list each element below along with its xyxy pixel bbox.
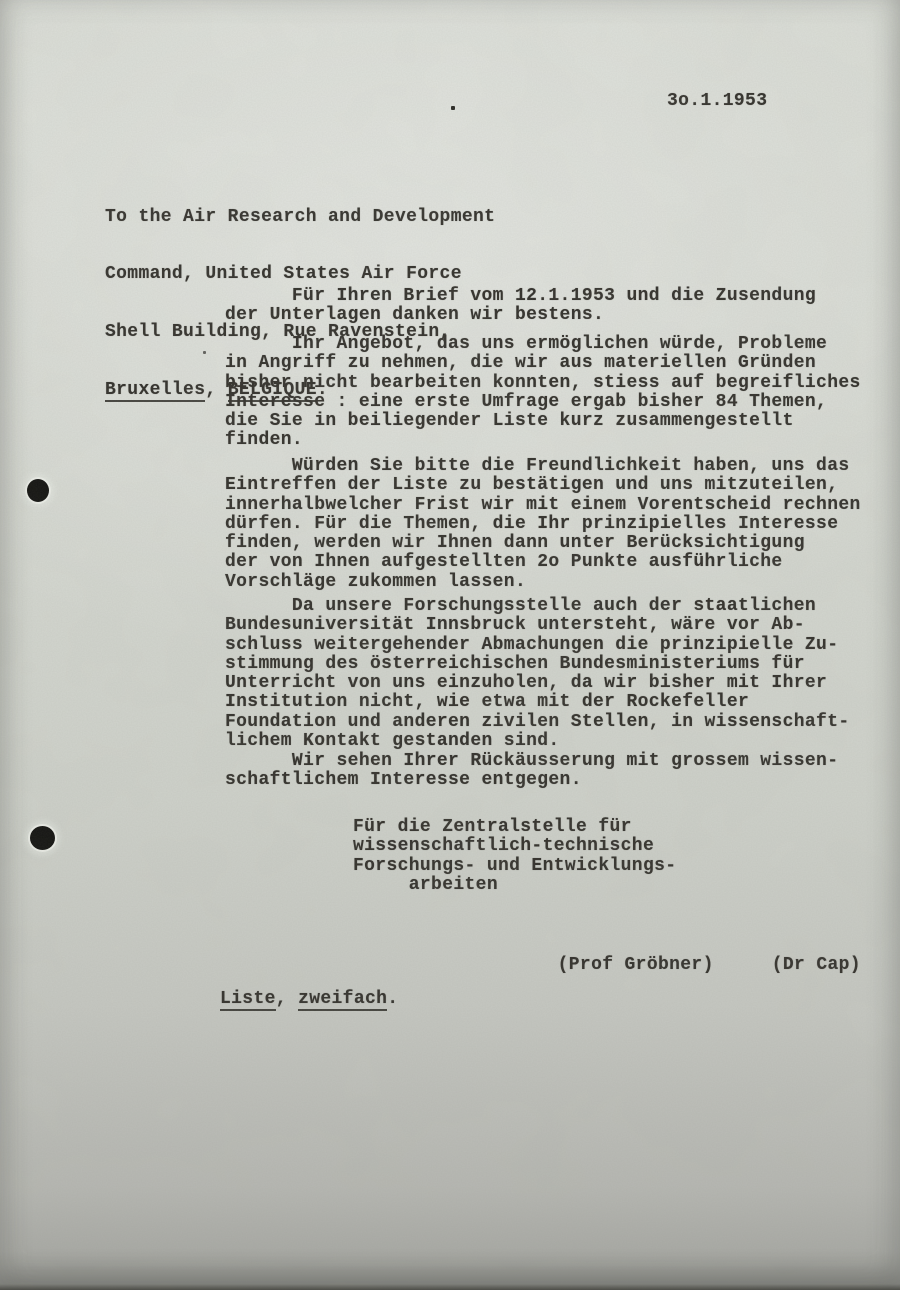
body-paragraph: Würden Sie bitte die Freundlichkeit habe… — [225, 457, 861, 592]
body-paragraph: Für Ihren Brief vom 12.1.1953 und die Zu… — [225, 287, 816, 326]
ink-speck — [451, 106, 455, 110]
enclosure-separator: , — [276, 989, 298, 1009]
enclosure-terminator: . — [387, 989, 398, 1009]
signer-name-right: (Dr Cap) — [772, 955, 861, 975]
scan-bottom-edge — [0, 1284, 900, 1290]
signer-name-left: (Prof Gröbner) — [558, 955, 714, 975]
signature-organization: Für die Zentralstelle für wissenschaftli… — [353, 818, 676, 895]
scanned-letter-page: 3o.1.1953 To the Air Research and Develo… — [0, 0, 900, 1290]
body-paragraph: Da unsere Forschungsstelle auch der staa… — [225, 597, 850, 751]
address-line: Command, United States Air Force — [105, 265, 495, 284]
signers-row: (Prof Gröbner)(Dr Cap) — [513, 937, 861, 995]
body-paragraph: Ihr Angebot, das uns ermöglichen würde, … — [225, 335, 861, 451]
enclosure-word: zweifach — [298, 989, 387, 1011]
hole-punch-icon — [30, 826, 55, 850]
address-city: Bruxelles — [105, 380, 205, 402]
enclosure-word: Liste — [220, 989, 276, 1011]
body-paragraph: Wir sehen Ihrer Rückäusserung mit grosse… — [225, 752, 838, 791]
enclosure-note: Liste, zweifach. — [220, 990, 398, 1009]
letter-date: 3o.1.1953 — [667, 92, 767, 111]
hole-punch-icon — [27, 479, 49, 502]
address-line: To the Air Research and Development — [105, 208, 495, 227]
